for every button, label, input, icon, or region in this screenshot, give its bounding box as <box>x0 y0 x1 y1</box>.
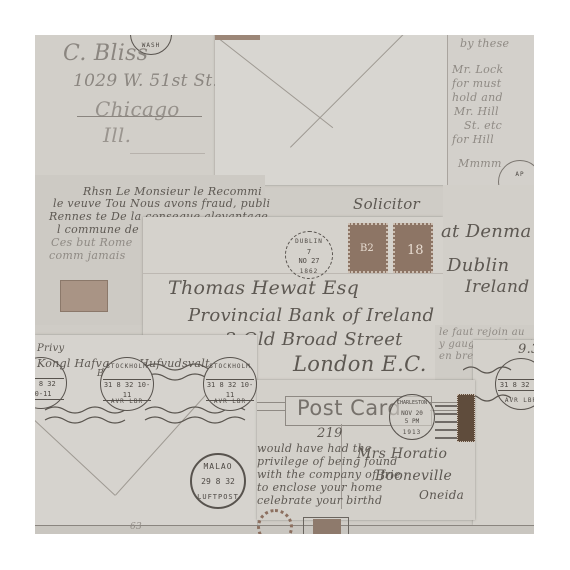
note-line: for must <box>452 77 501 90</box>
postmark-luftpost: MALAO 29 8 32 LUFTPOST <box>190 453 246 509</box>
postmark-postcard: CHARLESTON NOV 20 5 PM 1913 <box>389 394 435 440</box>
address-city: London E.C. <box>293 352 427 376</box>
postmark-stockholm-2: STOCKHOLM 31 8 32 10-11 AVR LBR <box>203 357 257 411</box>
note-line: for Hill <box>452 133 494 146</box>
message-line: would have had the <box>257 442 372 455</box>
stamp-penny-red-1: B2 <box>348 223 388 273</box>
letter-collage: WASH C. Bliss 1029 W. 51st St. Chicago I… <box>35 35 534 534</box>
envelope-solicitor: Solicitor at Denma Dublin Ireland <box>443 185 534 330</box>
mark-text: 9.3 <box>518 342 534 357</box>
address-line: Ireland <box>465 277 529 297</box>
stamp-brown-postcard <box>457 394 475 442</box>
address-name: C. Bliss <box>63 41 148 66</box>
address-bank: Provincial Bank of Ireland <box>188 305 434 326</box>
envelope-right: 9.3 31 8 32 10 AVR LBR <box>473 340 534 525</box>
note-line: hold and <box>452 91 503 104</box>
note-line: St. etc <box>464 119 502 132</box>
address-state: Ill. <box>103 123 131 147</box>
note-line: Mmmm <box>458 157 502 170</box>
message-line: celebrate your birthd <box>257 494 382 507</box>
stamp-bottom <box>313 519 341 534</box>
address-name: Thomas Hewat Esq <box>168 277 359 299</box>
address-line: Dublin <box>447 255 509 276</box>
note-right: by these Mr. Lock for must hold and Mr. … <box>447 35 534 190</box>
postcard: Post Card 219 would have had the privile… <box>257 380 475 520</box>
envelope-chicago: WASH C. Bliss 1029 W. 51st St. Chicago I… <box>35 35 215 175</box>
note-line: Mr. Lock <box>452 63 503 76</box>
address-line: Booneville <box>375 468 452 484</box>
strip-number: 63 <box>130 522 142 532</box>
letter-line: l commune de <box>57 223 139 236</box>
postcard-title: Post Card <box>297 396 401 420</box>
envelope-airmail: Privy Kongl Hafvgatan Hufvudsvalt Berlin… <box>35 335 257 530</box>
address-line: at Denma <box>441 221 532 242</box>
address-line: Mrs Horatio <box>357 446 447 462</box>
message-line: to enclose your home <box>257 481 382 494</box>
address-city: Chicago <box>95 97 180 121</box>
postcard-number: 219 <box>317 426 343 441</box>
postmark-stockholm-1: STOCKHOLM 31 8 32 10-11 AVR LBR <box>100 357 154 411</box>
letter-line: Ces but Rome <box>51 236 133 249</box>
address-street: 1029 W. 51st St. <box>73 71 218 91</box>
postmark-right: 31 8 32 10 AVR LBR <box>495 358 534 410</box>
revenue-stamp <box>60 280 108 312</box>
address-line: Oneida <box>419 488 464 502</box>
letter-line: comm jamais <box>49 249 126 262</box>
envelope-flap-top <box>215 35 447 185</box>
sender-line: Privy <box>37 343 65 354</box>
address-line: Solicitor <box>353 195 420 213</box>
note-line: by these <box>460 37 509 50</box>
postmark-dublin: DUBLIN 7 NO 27 1862 <box>285 231 333 279</box>
letter-line: le veuve Tou Nous avons fraud, publi <box>53 197 270 210</box>
stamp-penny-red-2: 18 <box>393 223 433 273</box>
letter-line: le faut rejoin au <box>439 327 525 338</box>
note-line: Mr. Hill <box>454 105 499 118</box>
